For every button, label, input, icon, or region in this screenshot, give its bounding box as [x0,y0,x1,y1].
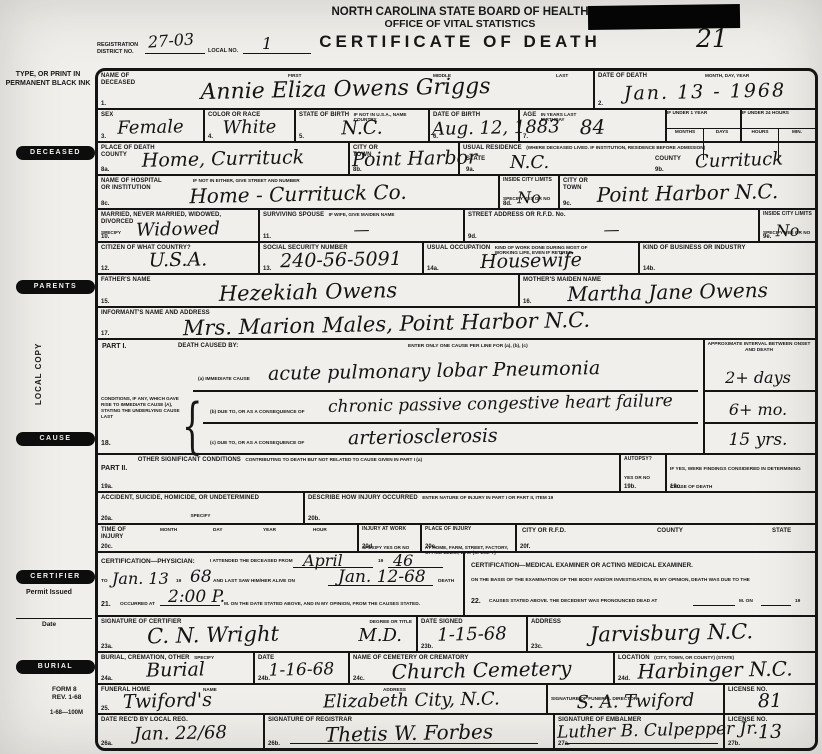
date-received-value: Jan. 22/68 [100,723,261,744]
field-other-significant-conditions: PART II. OTHER SIGNIFICANT CONDITIONS CO… [98,455,619,491]
embalmer-license-value: 13 [727,722,813,743]
field-accident-suicide-homicide: ACCIDENT, SUICIDE, HOMICIDE, OR UNDETERM… [98,493,303,523]
field-funeral-home: FUNERAL HOME NAME ADDRESS 25. Twiford's … [98,685,546,713]
header: NORTH CAROLINA STATE BOARD OF HEALTH OFF… [300,6,620,52]
ssn-value: 240-56-5091 [262,249,420,271]
item-number: 9b. [655,167,664,173]
interval-heading: APPROXIMATE INTERVAL BETWEEN ONSET AND D… [706,342,812,354]
attended-to-value: Jan. 13 [112,571,169,587]
conditions-note: CONDITIONS, IF ANY, WHICH GAVE RISE TO I… [101,396,183,420]
field-street-address: STREET ADDRESS OR R.F.D. No. 9d. — [463,210,758,241]
field-usual-residence: USUAL RESIDENCE (WHERE DECEASED LIVED. I… [458,143,815,174]
me-certification-heading: CERTIFICATION—MEDICAL EXAMINER OR ACTING… [471,562,693,569]
item-number: 17. [101,331,109,337]
me-basis-text: ON THE BASIS OF THE EXAMINATION OF THE B… [471,578,806,584]
field-label: IF YES, WERE FINDINGS CONSIDERED IN DETE… [670,467,801,490]
res-inside-city-limits-value: No [762,222,813,239]
field-cemetery-name: NAME OF CEMETERY OR CREMATORY 24c. Churc… [348,653,613,683]
registration-district-label: REGISTRATION DISTRICT NO. [97,42,149,55]
field-label: KIND OF BUSINESS OR INDUSTRY [643,245,746,252]
date-line [16,618,92,619]
cause-c-value: arteriosclerosis [348,427,498,449]
item-number-21: 21. [101,601,111,608]
me-year-prefix: 19 [795,599,800,605]
embalmer-signature-line [565,743,718,744]
year-prefix-2: 19 [176,579,181,585]
death-caused-by-label: DEATH CAUSED BY: [178,343,238,350]
certifier-address-value: Jarvisburg N.C. [530,620,813,647]
item-number: 20d. [362,544,374,550]
field-date-signed: DATE SIGNED 23b. 1-15-68 [416,617,526,651]
certificate-form: NAME OF DECEASED FIRST MIDDLE LAST 1. An… [95,68,818,751]
me-m-text: M. ON [739,599,753,605]
occurred-rest-text: M. ON THE DATE STATED ABOVE, AND IN MY O… [224,602,456,608]
field-informant: INFORMANT'S NAME AND ADDRESS 17. Mrs. Ma… [98,308,815,338]
year-prefix: 19 [378,559,383,565]
local-no-line [243,53,311,54]
name-value: Annie Eliza Owens Griggs [100,74,591,106]
residence-city-value: Point Harbor N.C. [562,180,813,205]
field-cemetery-location: LOCATION (CITY, TOWN, OR COUNTY) (STATE)… [613,653,815,683]
field-registrar-signature: SIGNATURE OF REGISTRAR 26b. Thetis W. Fo… [263,715,553,748]
occupation-value: Housewife [426,250,636,273]
local-copy-label: LOCAL COPY [34,325,43,405]
day-label: DAY [213,527,222,532]
item-number-22: 22. [471,598,481,605]
death-text: DEATH [438,579,454,585]
me-pronounced-text: CAUSES STATED ABOVE. THE DECEDENT WAS PR… [489,599,657,605]
field-sublabel: ENTER NATURE OF INJURY IN PART I OR PART… [422,495,553,500]
certifier-signature-value: C. N. Wright [100,623,326,649]
place-of-death-county-value: Home, Currituck [100,147,346,171]
field-label: TIME OF INJURY [101,527,131,541]
office-name: OFFICE OF VITAL STATISTICS [300,18,620,30]
field-hospital-or-institution: NAME OF HOSPITAL OR INSTITUTION IF NOT I… [98,176,498,208]
item-number: 9a. [466,167,474,173]
field-burial-date: DATE 24b. 1-16-68 [253,653,348,683]
field-label: AUTOPSY? [624,457,652,463]
pronounced-time-blank [693,598,735,606]
registration-district-value: 27-03 [147,31,194,50]
registration-district-line [145,53,205,54]
residence-county-value: Currituck [695,150,784,171]
interval-b-value: 6+ mo. [703,402,813,418]
field-embalmer-license-no: LICENSE NO. 27b. 13 [723,715,815,748]
field-label: USUAL RESIDENCE [463,145,522,152]
item-number: 20c. [101,544,113,550]
residence-state-value: N.C. [510,154,549,172]
item-number: 19b. [624,484,636,490]
field-signature-of-certifier: SIGNATURE OF CERTIFIER 23a. C. N. Wright… [98,617,416,651]
burial-type-value: Burial [100,659,251,681]
last-saw-text: AND LAST SAW HIM/HER ALIVE ON [213,579,295,585]
field-label: FATHER'S NAME [101,277,151,284]
part1-label: PART I. [102,343,126,350]
field-label: INSIDE CITY LIMITS [763,212,812,218]
field-fathers-name: FATHER'S NAME 15. Hezekiah Owens [98,275,518,306]
field-label: PLACE OF INJURY [425,527,471,533]
interval-c-value: 15 yrs. [703,432,813,449]
print-run: 1-68—100M [50,710,83,716]
physician-certification-heading: CERTIFICATION—PHYSICIAN: [101,558,195,565]
item-number-18: 18. [101,440,111,447]
interval-a-value: 2+ days [703,370,813,386]
field-age: AGE IN YEARS LAST BIRTHDAY 7. 84 [518,110,665,141]
field-label: OTHER SIGNIFICANT CONDITIONS [138,457,241,464]
field-director-license-no: LICENSE NO. 81 [723,685,815,713]
field-date-of-birth: DATE OF BIRTH 6. Aug. 12, 1883 [428,110,518,141]
cause-of-death-part1: PART I. DEATH CAUSED BY: ENTER ONLY ONE … [98,338,815,453]
field-label: IF UNDER 1 YEAR [667,110,707,115]
place-of-death-city-value: Point Harbor [352,149,456,170]
field-how-injury-occurred: DESCRIBE HOW INJURY OCCURRED ENTER NATUR… [303,493,815,523]
county-label: COUNTY [657,528,683,535]
item-number: 20b. [308,516,320,522]
field-label: DATE OF DEATH [598,73,647,80]
part2-label: PART II. [101,465,127,472]
interval-b-line [705,422,815,424]
field-label: SEX [101,112,113,119]
death-time-value: 2:00 P. [168,589,225,606]
funeral-director-value: S. A. Twiford [550,691,721,713]
tab-deceased: DECEASED [16,146,95,160]
field-res-inside-city-limits: INSIDE CITY LIMITS SPECIFY YES OR NO 9e.… [758,210,815,241]
degree-or-title-label: DEGREE OR TITLE [370,619,412,624]
field-name-of-deceased: NAME OF DECEASED FIRST MIDDLE LAST 1. An… [98,71,593,108]
field-injury-city-county-state: CITY OR R.F.D. COUNTY STATE 20f. [515,525,815,551]
field-citizen-of: CITIZEN OF WHAT COUNTRY? 12. U.S.A. [98,243,258,273]
immediate-cause-value: acute pulmonary lobar Pneumonia [268,359,600,384]
field-injury-at-work: INJURY AT WORK SPECIFY YES OR NO 20d. [357,525,420,551]
registrar-signature-line [290,743,538,744]
burial-date-value: 1-16-68 [257,661,346,680]
item-number: 20e. [425,544,437,550]
tab-cause: CAUSE [16,432,95,446]
field-usual-occupation: USUAL OCCUPATION KIND OF WORK DONE DURIN… [422,243,638,273]
page-title: CERTIFICATE OF DEATH [300,32,620,52]
form-rev-text: REV. 1-68 [52,694,81,701]
county-label: COUNTY [655,156,681,163]
to-text: TO [101,579,108,585]
attended-text: I ATTENDED THE DECEASED FROM [210,559,293,565]
field-sublabel: MONTH, DAY, YEAR [705,73,749,78]
date-of-birth-value: Aug. 12, 1883 [432,119,516,139]
field-date-received-local-reg: DATE REC'D BY LOCAL REG. 26a. Jan. 22/68 [98,715,263,748]
field-embalmer-signature: SIGNATURE OF EMBALMER 27a. Luther B. Cul… [553,715,723,748]
field-certifier-address: ADDRESS 23c. Jarvisburg N.C. [526,617,815,651]
field-place-of-injury: PLACE OF INJURY AT HOME, FARM, STREET, F… [420,525,515,551]
date-label: Date [42,621,56,628]
field-if-under-24-hours: IF UNDER 24 HOURS HOURS MIN. [740,110,815,141]
field-pod-inside-city-limits: INSIDE CITY LIMITS SPECIFY YES OR NO 8d.… [498,176,558,208]
form-no-text: FORM 8 [52,686,77,693]
field-sex: SEX 3. Female [98,110,203,141]
sex-value: Female [100,118,201,138]
item-number: 19c. [670,484,682,490]
street-address-value: — [467,219,756,241]
field-label: DESCRIBE HOW INJURY OCCURRED [308,495,418,502]
item-number: 14b. [643,266,655,272]
field-certification-medical-examiner: CERTIFICATION—MEDICAL EXAMINER OR ACTING… [463,553,815,615]
cause-b-line [203,422,698,424]
board-name: NORTH CAROLINA STATE BOARD OF HEALTH [300,6,620,18]
age-value: 84 [522,116,663,139]
cause-b-value: chronic passive congestive heart failure [328,393,673,416]
ink-instruction: TYPE, OR PRINT IN PERMANENT BLACK INK [4,70,92,89]
tab-burial: BURIAL [16,660,95,674]
field-kind-of-business: KIND OF BUSINESS OR INDUSTRY 14b. [638,243,815,273]
surviving-spouse-value: — [262,220,461,240]
last-saw-value: Jan. 12-68 [338,569,426,586]
state-of-birth-value: N.C. [298,118,426,140]
field-place-of-death-county: PLACE OF DEATH COUNTY 8a. Home, Currituc… [98,143,348,174]
page-number: 21 [696,26,728,51]
field-sublabel: YES OR NO [624,475,650,480]
occurred-at-text: OCCURRED AT [120,602,155,608]
tab-certifier: CERTIFIER [16,570,95,584]
permit-issued-label: Permit Issued [26,589,72,596]
item-number: 19a. [101,484,113,490]
year-label: YEAR [263,527,276,532]
field-mothers-maiden-name: MOTHER'S MAIDEN NAME 16. Martha Jane Owe… [518,275,815,306]
brace-glyph: { [182,390,202,460]
field-label: INJURY AT WORK [362,527,406,533]
field-if-under-1-year: IF UNDER 1 YEAR MONTHS DAYS [665,110,740,141]
field-certification-physician: CERTIFICATION—PHYSICIAN: I ATTENDED THE … [98,553,463,615]
pod-inside-city-limits-value: No [502,189,556,206]
one-cause-note: ENTER ONLY ONE CAUSE PER LINE FOR (a), (… [408,344,528,350]
field-state-of-birth: STATE OF BIRTH IF NOT IN U.S.A., NAME CO… [294,110,428,141]
field-label: INSIDE CITY LIMITS [503,178,552,184]
field-label: STREET ADDRESS OR R.F.D. No. [468,212,566,219]
field-date-of-death: DATE OF DEATH MONTH, DAY, YEAR 2. Jan. 1… [593,71,815,108]
cemetery-value: Church Cemetery [352,657,611,682]
field-autopsy: AUTOPSY? YES OR NO 19b. [619,455,665,491]
field-burial-cremation: BURIAL, CREMATION, OTHER SPECIFY 24a. Bu… [98,653,253,683]
field-surviving-spouse: SURVIVING SPOUSE IF WIFE, GIVE MAIDEN NA… [258,210,463,241]
field-label: IF UNDER 24 HOURS [742,110,789,115]
field-sublabel: IF WIFE, GIVE MAIDEN NAME [329,212,395,217]
tab-parents: PARENTS [16,280,95,294]
last-saw-line [328,585,433,586]
race-value: White [207,118,292,138]
funeral-home-name-value: Twiford's [123,691,212,712]
local-no-value: 1 [262,36,272,52]
death-certificate-page: NORTH CAROLINA STATE BOARD OF HEALTH OFF… [0,0,822,754]
hour-label: HOUR [313,527,327,532]
date-of-death-value: Jan. 13 - 1968 [597,81,813,105]
embalmer-signature-value: Luther B. Culpepper Jr. [557,721,721,741]
field-funeral-director-signature: SIGNATURE OF FUNERAL DIRECTOR S. A. Twif… [546,685,723,713]
field-social-security-number: SOCIAL SECURITY NUMBER 13. 240-56-5091 [258,243,422,273]
date-signed-value: 1-15-68 [420,625,524,645]
field-label: SURVIVING SPOUSE [263,212,324,219]
director-license-value: 81 [727,691,813,712]
field-color-or-race: COLOR OR RACE 4. White [203,110,294,141]
form-number: FORM 8 REV. 1-68 [52,686,81,703]
interval-a-line [705,390,815,392]
attended-to-year: 68 [190,569,212,586]
item-number: 25. [101,706,109,712]
field-label: ACCIDENT, SUICIDE, HOMICIDE, OR UNDETERM… [101,495,259,502]
due-to-b-label: (b) DUE TO, OR AS A CONSEQUENCE OF [210,410,305,416]
due-to-c-label: (c) DUE TO, OR AS A CONSEQUENCE OF [210,441,304,447]
field-residence-city: CITY OR TOWN 9c. Point Harbor N.C. [558,176,815,208]
immediate-cause-label: (a) IMMEDIATE CAUSE [198,377,250,383]
city-or-rfd-label: CITY OR R.F.D. [522,528,566,535]
degree-value: M.D. [358,627,402,645]
pronounced-date-blank [761,598,791,606]
local-no-label: LOCAL NO. [208,48,238,54]
father-name-value: Hezekiah Owens [100,278,516,308]
citizen-value: U.S.A. [100,249,256,271]
item-number: 20a. [101,516,113,522]
marital-status-value: Widowed [100,219,256,240]
field-sublabel: SPECIFY [101,513,300,518]
field-marital-status: MARRIED, NEVER MARRIED, WIDOWED, DIVORCE… [98,210,258,241]
funeral-home-address-value: Elizabeth City, N.C. [323,690,500,711]
field-time-of-injury: TIME OF INJURY MONTH DAY YEAR HOUR 20c. [98,525,357,551]
field-autopsy-findings: IF YES, WERE FINDINGS CONSIDERED IN DETE… [665,455,815,491]
time-line [160,605,220,606]
state-label: STATE [772,528,791,535]
state-label: STATE [466,156,485,163]
field-sublabel: CONTRIBUTING TO DEATH BUT NOT RELATED TO… [245,457,422,462]
field-place-of-death-city: CITY OR TOWN 8b. Point Harbor [348,143,458,174]
location-value: Harbinger N.C. [617,658,813,682]
field-sublabel: (WHERE DECEASED LIVED. IF INSTITUTION, R… [526,145,705,150]
industry-value [642,253,813,257]
item-number: 20f. [520,544,530,550]
month-label: MONTH [160,527,177,532]
